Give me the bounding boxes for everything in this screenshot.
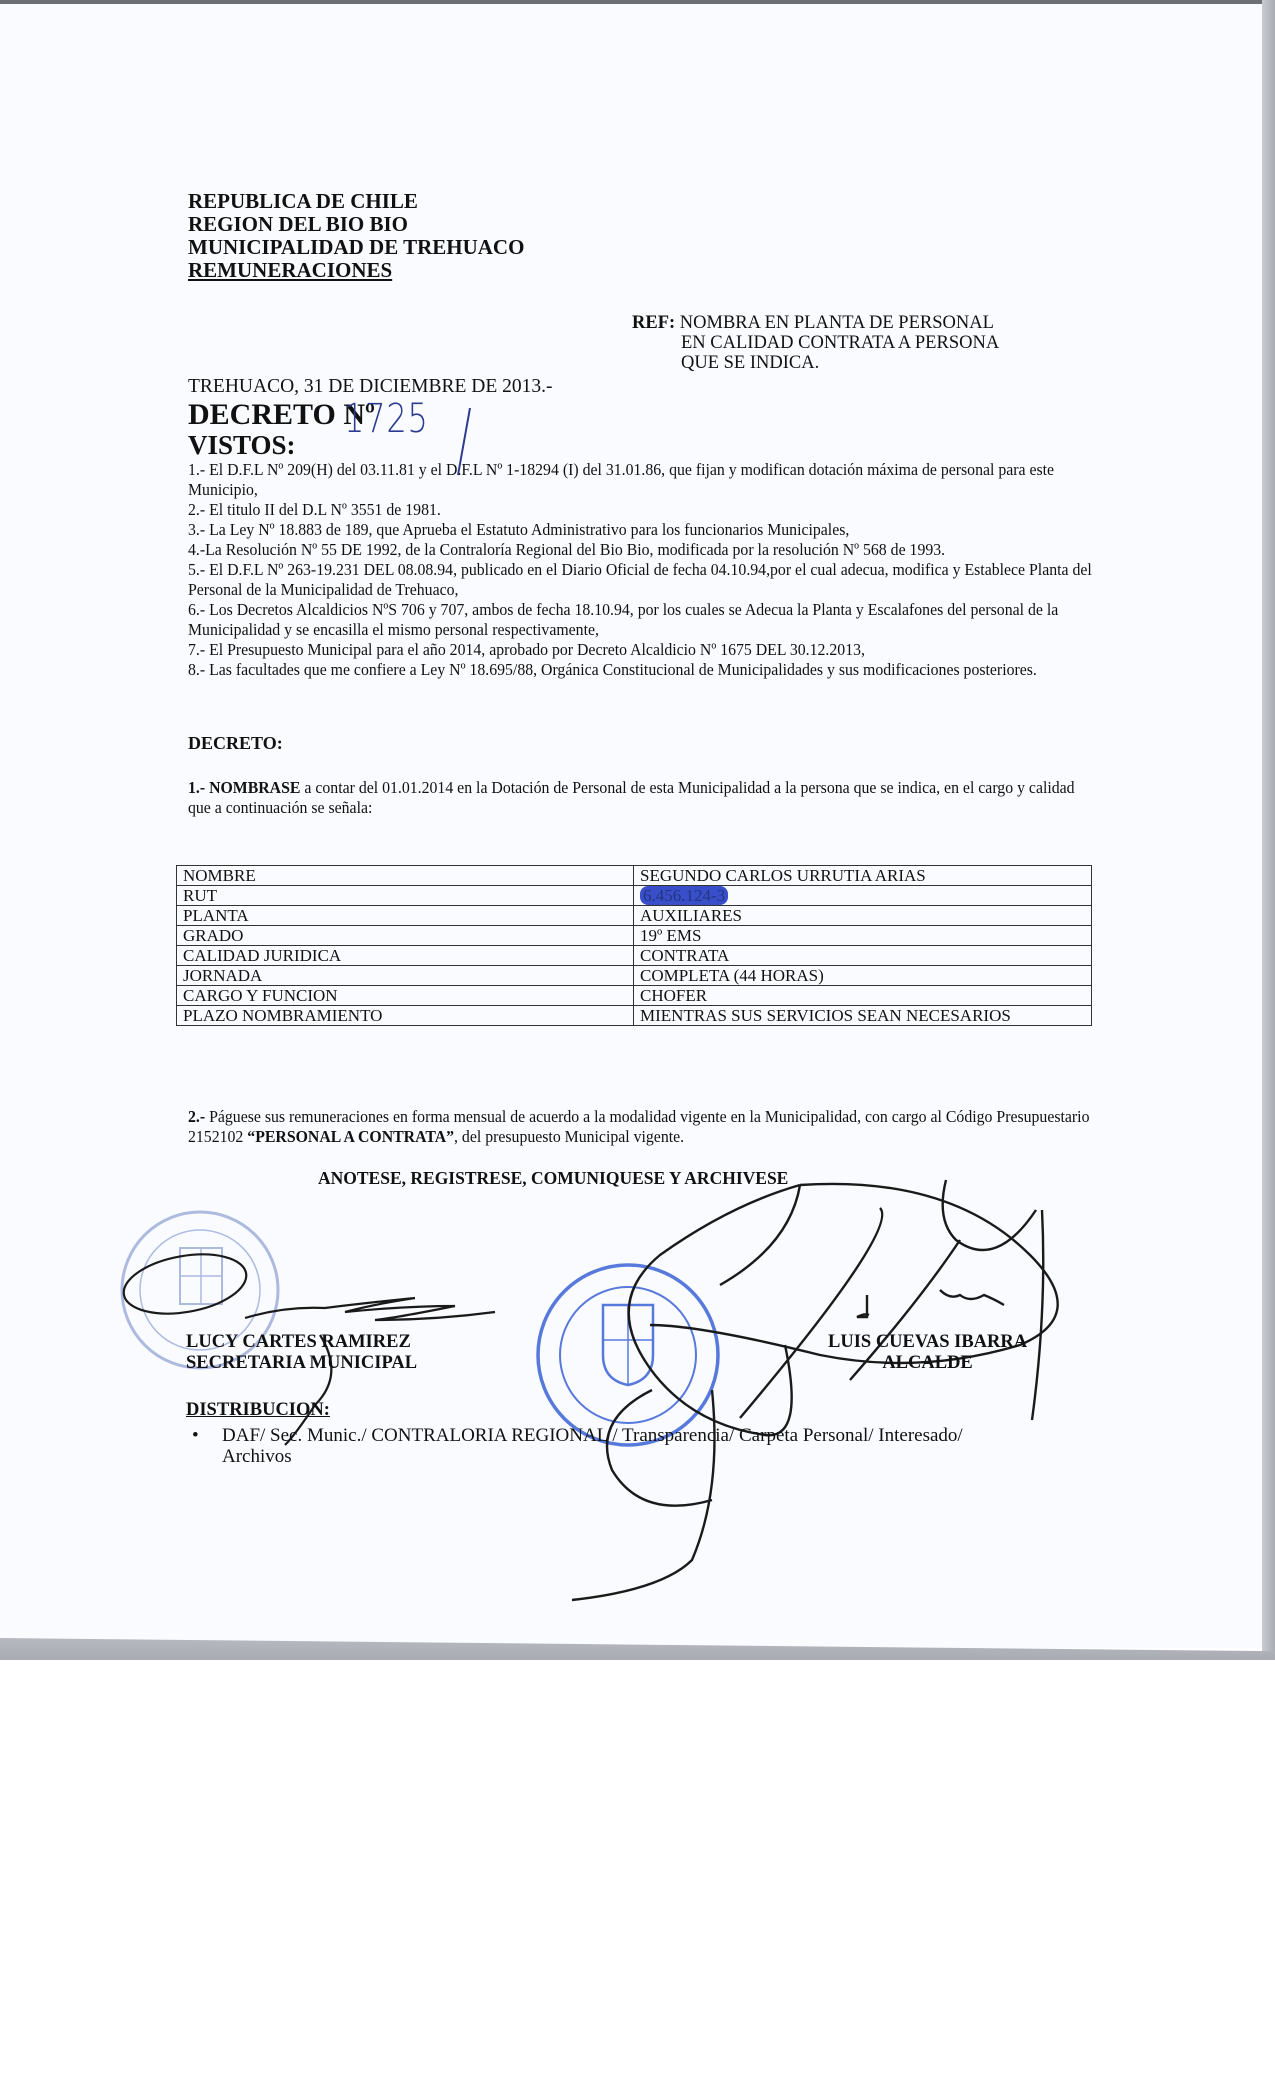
reference-line: NOMBRA EN PLANTA DE PERSONAL <box>680 313 994 333</box>
letterhead-line: REPUBLICA DE CHILE <box>188 190 524 213</box>
distribution-list: •DAF/ Sec. Munic./ CONTRALORIA REGIONAL … <box>192 1425 1052 1467</box>
vistos-item: 5.- El D.F.L Nº 263-19.231 DEL 08.08.94,… <box>188 560 1095 600</box>
secretary-title: SECRETARIA MUNICIPAL <box>186 1353 417 1374</box>
table-row: GRADO19º EMS <box>177 926 1092 946</box>
secretary-signature-block: LUCY CARTES RAMIREZ SECRETARIA MUNICIPAL <box>186 1332 417 1374</box>
rut-value-highlighted: 6.456.124-3 <box>640 886 728 905</box>
table-row: RUT6.456.124-3 <box>177 886 1092 906</box>
table-row: CALIDAD JURIDICACONTRATA <box>177 946 1092 966</box>
reference-line: QUE SE INDICA. <box>632 353 999 373</box>
distribution-line: Archivos <box>192 1446 1052 1467</box>
vistos-item: 6.- Los Decretos Alcaldicios NºS 706 y 7… <box>188 600 1095 640</box>
distribution-heading: DISTRIBUCION: <box>186 1400 330 1421</box>
article-1-number: 1.- <box>188 778 205 797</box>
vistos-item: 7.- El Presupuesto Municipal para el año… <box>188 640 1095 660</box>
letterhead-line: MUNICIPALIDAD DE TREHUACO <box>188 236 524 259</box>
table-key: PLANTA <box>177 906 634 926</box>
article-1-text: a contar del 01.01.2014 en la Dotación d… <box>188 778 1075 817</box>
table-key: NOMBRE <box>177 866 634 886</box>
table-key: PLAZO NOMBRAMIENTO <box>177 1006 634 1026</box>
table-key: CARGO Y FUNCION <box>177 986 634 1006</box>
table-value: AUXILIARES <box>634 906 1092 926</box>
table-key: RUT <box>177 886 634 906</box>
vistos-item: 4.-La Resolución Nº 55 DE 1992, de la Co… <box>188 540 1095 560</box>
vistos-item: 8.- Las facultades que me confiere a Ley… <box>188 660 1095 680</box>
article-2-budget-name: “PERSONAL A CONTRATA” <box>247 1127 454 1146</box>
vistos-item: 2.- El titulo II del D.L Nº 3551 de 1981… <box>188 500 1095 520</box>
table-value: MIENTRAS SUS SERVICIOS SEAN NECESARIOS <box>634 1006 1092 1026</box>
scan-right-edge <box>1262 0 1275 1660</box>
scan-top-edge <box>0 0 1275 4</box>
article-2-text-end: , del presupuesto Municipal vigente. <box>454 1127 684 1146</box>
article-1: 1.- NOMBRASE a contar del 01.01.2014 en … <box>188 778 1095 818</box>
table-value: COMPLETA (44 HORAS) <box>634 966 1092 986</box>
secretary-name: LUCY CARTES RAMIREZ <box>186 1332 417 1353</box>
place-date: TREHUACO, 31 DE DICIEMBRE DE 2013.- <box>188 376 553 398</box>
table-row: PLANTAAUXILIARES <box>177 906 1092 926</box>
decreto-heading: DECRETO: <box>188 733 283 754</box>
vistos-heading: VISTOS: <box>188 430 296 461</box>
mayor-title: ALCALDE <box>828 1353 1027 1374</box>
letterhead: REPUBLICA DE CHILE REGION DEL BIO BIO MU… <box>188 190 524 282</box>
table-row: CARGO Y FUNCIONCHOFER <box>177 986 1092 1006</box>
article-2: 2.- Páguese sus remuneraciones en forma … <box>188 1107 1095 1147</box>
mayor-name: LUIS CUEVAS IBARRA <box>828 1332 1027 1353</box>
vistos-item: 3.- La Ley Nº 18.883 de 189, que Aprueba… <box>188 520 1095 540</box>
table-value: CONTRATA <box>634 946 1092 966</box>
handwritten-decree-number: 1725 <box>344 396 429 442</box>
article-2-number: 2.- <box>188 1107 205 1126</box>
table-value: SEGUNDO CARLOS URRUTIA ARIAS <box>634 866 1092 886</box>
closing-formula: ANOTESE, REGISTRESE, COMUNIQUESE Y ARCHI… <box>318 1168 788 1189</box>
table-key: CALIDAD JURIDICA <box>177 946 634 966</box>
table-row: NOMBRESEGUNDO CARLOS URRUTIA ARIAS <box>177 866 1092 886</box>
table-value: CHOFER <box>634 986 1092 1006</box>
vistos-list: 1.- El D.F.L Nº 209(H) del 03.11.81 y el… <box>188 460 1095 680</box>
reference-line: EN CALIDAD CONTRATA A PERSONA <box>632 333 999 353</box>
bullet-icon: • <box>192 1425 222 1446</box>
article-1-keyword: NOMBRASE <box>209 778 300 797</box>
table-key: GRADO <box>177 926 634 946</box>
table-row: PLAZO NOMBRAMIENTOMIENTRAS SUS SERVICIOS… <box>177 1006 1092 1026</box>
department-label: REMUNERACIONES <box>188 259 524 282</box>
table-key: JORNADA <box>177 966 634 986</box>
appointment-table: NOMBRESEGUNDO CARLOS URRUTIA ARIAS RUT6.… <box>176 865 1092 1026</box>
distribution-line: DAF/ Sec. Munic./ CONTRALORIA REGIONAL /… <box>222 1425 963 1446</box>
table-row: JORNADACOMPLETA (44 HORAS) <box>177 966 1092 986</box>
reference-label: REF: <box>632 313 675 333</box>
vistos-item: 1.- El D.F.L Nº 209(H) del 03.11.81 y el… <box>188 460 1095 500</box>
letterhead-line: REGION DEL BIO BIO <box>188 213 524 236</box>
table-value: 19º EMS <box>634 926 1092 946</box>
reference-block: REF: NOMBRA EN PLANTA DE PERSONAL EN CAL… <box>632 313 999 373</box>
mayor-signature-block: LUIS CUEVAS IBARRA ALCALDE <box>828 1332 1027 1374</box>
